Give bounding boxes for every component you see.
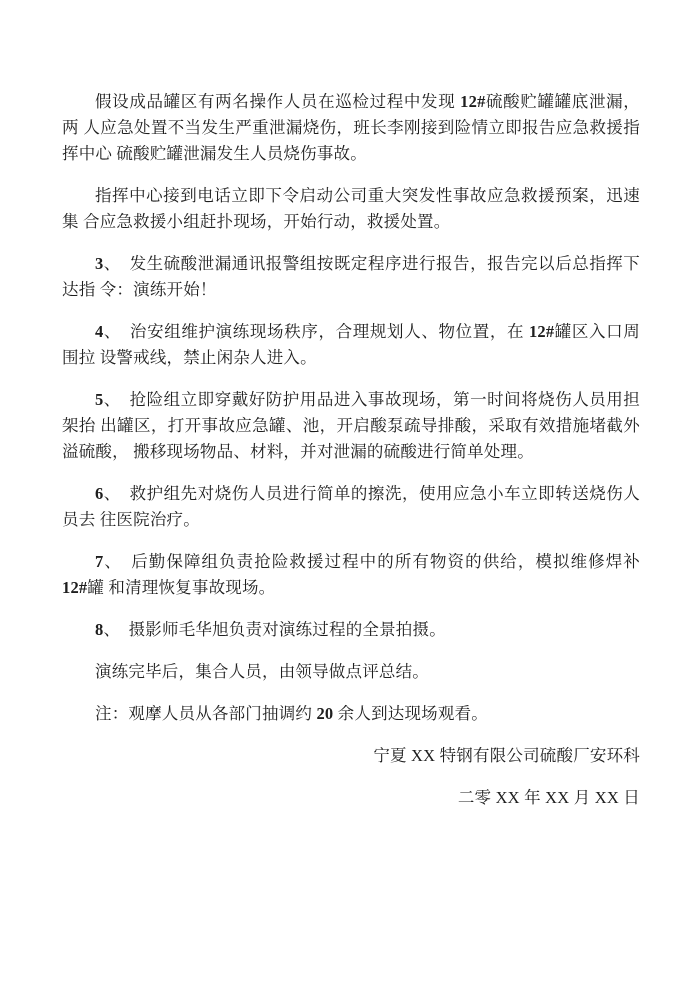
paragraph-10: 注：观摩人员从各部门抽调约 20 余人到达现场观看。 — [62, 701, 640, 727]
text-run: 、 摄影师毛华旭负责对演练过程的全景拍摄。 — [103, 620, 445, 639]
text-run: 指挥中心接到电话立即下令启动公司重大突发性事故应急救援预案，迅速集 合应急救援小… — [62, 186, 640, 231]
text-run: 、 后勤保障组负责抢险救援过程中的所有物资的供给，模拟维修焊补 — [103, 552, 640, 571]
paragraph-2: 指挥中心接到电话立即下令启动公司重大突发性事故应急救援预案，迅速集 合应急救援小… — [62, 183, 640, 235]
paragraph-12: 二零 XX 年 XX 月 XX 日 — [62, 785, 640, 811]
paragraph-9: 演练完毕后，集合人员，由领导做点评总结。 — [62, 659, 640, 685]
text-run: 、 抢险组立即穿戴好防护用品进入事故现场，第一时间将烧伤人员用担架抬 出罐区，打… — [62, 390, 640, 461]
text-run: 、 治安组维护演练现场秩序，合理规划人、物位置，在 — [103, 322, 528, 341]
text-run: 、 救护组先对烧伤人员进行简单的擦洗，使用应急小车立即转送烧伤人员去 往医院治疗… — [62, 484, 640, 529]
text-run: 假设成品罐区有两名操作人员在巡检过程中发现 — [95, 92, 460, 111]
paragraph-7: 7、 后勤保障组负责抢险救援过程中的所有物资的供给，模拟维修焊补 12#罐 和清… — [62, 549, 640, 601]
text-run: 演练完毕后，集合人员，由领导做点评总结。 — [95, 662, 429, 681]
numeral-run: 20 — [316, 704, 333, 723]
paragraph-1: 假设成品罐区有两名操作人员在巡检过程中发现 12#硫酸贮罐罐底泄漏，两 人应急处… — [62, 89, 640, 167]
document-page: 假设成品罐区有两名操作人员在巡检过程中发现 12#硫酸贮罐罐底泄漏，两 人应急处… — [0, 0, 700, 990]
text-run: 注：观摩人员从各部门抽调约 — [95, 704, 316, 723]
paragraph-8: 8、 摄影师毛华旭负责对演练过程的全景拍摄。 — [62, 617, 640, 643]
numeral-run: 12# — [529, 322, 554, 341]
numeral-run: 12# — [62, 578, 87, 597]
text-run: 、 发生硫酸泄漏通讯报警组按既定程序进行报告，报告完以后总指挥下达指 令：演练开… — [62, 254, 640, 299]
text-run: 宁夏 XX 特钢有限公司硫酸厂安环科 — [373, 746, 640, 765]
numeral-run: 12# — [460, 92, 485, 111]
paragraph-4: 4、 治安组维护演练现场秩序，合理规划人、物位置，在 12#罐区入口周围拉 设警… — [62, 319, 640, 371]
paragraph-11: 宁夏 XX 特钢有限公司硫酸厂安环科 — [62, 743, 640, 769]
paragraph-6: 6、 救护组先对烧伤人员进行简单的擦洗，使用应急小车立即转送烧伤人员去 往医院治… — [62, 481, 640, 533]
text-run: 二零 XX 年 XX 月 XX 日 — [458, 788, 640, 807]
paragraph-5: 5、 抢险组立即穿戴好防护用品进入事故现场，第一时间将烧伤人员用担架抬 出罐区，… — [62, 387, 640, 465]
text-run: 余人到达现场观看。 — [333, 704, 488, 723]
paragraph-3: 3、 发生硫酸泄漏通讯报警组按既定程序进行报告，报告完以后总指挥下达指 令：演练… — [62, 251, 640, 303]
text-run: 罐 和清理恢复事故现场。 — [87, 578, 275, 597]
